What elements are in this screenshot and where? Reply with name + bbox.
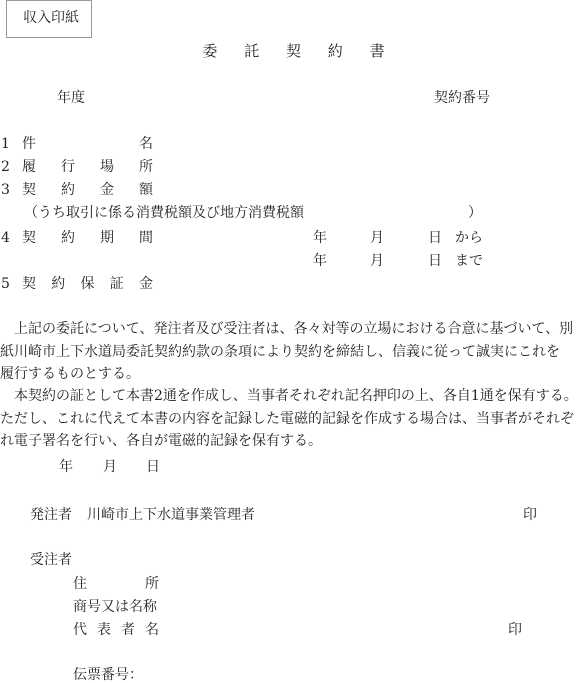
item-number: 1 bbox=[1, 137, 10, 151]
period-to-year: 年 bbox=[313, 254, 327, 268]
contract-number-label: 契約番号 bbox=[434, 91, 490, 105]
label-char: 表 bbox=[97, 623, 111, 637]
item-label-period: 契 約 期 間 bbox=[22, 231, 153, 245]
title-char: 書 bbox=[370, 44, 385, 59]
body-line: 上記の委託について、発注者及び受注者は、各々対等の立場における合意に基づいて、別 bbox=[0, 318, 587, 341]
tax-note: （うち取引に係る消費税額及び地方消費税額 bbox=[24, 206, 304, 220]
orderer-seal: 印 bbox=[523, 508, 537, 522]
item-label-subject: 件 名 bbox=[22, 137, 153, 151]
body-line: 紙川崎市上下水道局委託契約約款の条項により契約を締結し、信義に従って誠実にこれを bbox=[0, 341, 587, 364]
label-char: 保 bbox=[81, 277, 95, 291]
label-char: 約 bbox=[51, 277, 65, 291]
tax-note-close: ） bbox=[468, 206, 482, 220]
label-char: 所 bbox=[139, 160, 153, 174]
period-from-suffix: から bbox=[455, 231, 483, 245]
label-char: 約 bbox=[61, 231, 75, 245]
title-char: 約 bbox=[328, 44, 343, 59]
title-char: 託 bbox=[244, 44, 259, 59]
period-to-month: 月 bbox=[370, 254, 384, 268]
period-from-day: 日 bbox=[428, 231, 442, 245]
date-day: 日 bbox=[146, 460, 160, 474]
title-char: 契 bbox=[286, 44, 301, 59]
contractor-address-label: 住 所 bbox=[73, 577, 159, 591]
label-char: 所 bbox=[145, 577, 159, 591]
contractor-label: 受注者 bbox=[30, 553, 72, 567]
item-number: 5 bbox=[1, 277, 10, 291]
label-char: 代 bbox=[73, 623, 87, 637]
label-char: 期 bbox=[100, 231, 114, 245]
date-month: 月 bbox=[103, 460, 117, 474]
period-from-month: 月 bbox=[370, 231, 384, 245]
label-char: 金 bbox=[100, 183, 114, 197]
period-to-day: 日 bbox=[428, 254, 442, 268]
label-char: 証 bbox=[110, 277, 124, 291]
label-char: 場 bbox=[100, 160, 114, 174]
label-char: 金 bbox=[139, 277, 153, 291]
contractor-company-label: 商号又は名称 bbox=[73, 600, 157, 614]
label-char: 住 bbox=[73, 577, 87, 591]
item-number: 4 bbox=[1, 231, 10, 245]
label-char: 行 bbox=[61, 160, 75, 174]
label-char: 契 bbox=[22, 231, 36, 245]
body-line: れ電子署名を行い、各自が電磁的記録を保有する。 bbox=[0, 430, 587, 453]
contractor-representative-label: 代 表 者 名 bbox=[73, 623, 159, 637]
body-line: 履行するものとする。 bbox=[0, 363, 587, 386]
revenue-stamp-label: 収入印紙 bbox=[23, 7, 79, 27]
fiscal-year-label: 年度 bbox=[57, 91, 85, 105]
item-number: 2 bbox=[1, 160, 10, 174]
orderer-name: 川崎市上下水道事業管理者 bbox=[87, 508, 255, 522]
period-to-suffix: まで bbox=[455, 254, 483, 268]
label-char: 名 bbox=[139, 137, 153, 151]
body-paragraph-1: 上記の委託について、発注者及び受注者は、各々対等の立場における合意に基づいて、別… bbox=[0, 318, 587, 386]
item-label-amount: 契 約 金 額 bbox=[22, 183, 153, 197]
document-title: 委 託 契 約 書 bbox=[0, 44, 587, 59]
label-char: 件 bbox=[22, 137, 36, 151]
label-char: 契 bbox=[22, 183, 36, 197]
body-paragraph-2: 本契約の証として本書2通を作成し、当事者それぞれ記名押印の上、各自1通を保有する… bbox=[0, 385, 587, 453]
voucher-number-label: 伝票番号： bbox=[73, 668, 143, 682]
label-char: 額 bbox=[139, 183, 153, 197]
label-char: 者 bbox=[121, 623, 135, 637]
contractor-seal: 印 bbox=[508, 623, 522, 637]
item-label-guarantee: 契 約 保 証 金 bbox=[22, 277, 153, 291]
item-number: 3 bbox=[1, 183, 10, 197]
body-line: ただし、これに代えて本書の内容を記録した電磁的記録を作成する場合は、当事者がそれ… bbox=[0, 408, 587, 431]
date-year: 年 bbox=[59, 460, 73, 474]
item-label-location: 履 行 場 所 bbox=[22, 160, 153, 174]
period-from-year: 年 bbox=[313, 231, 327, 245]
label-char: 名 bbox=[145, 623, 159, 637]
orderer-label: 発注者 bbox=[30, 508, 72, 522]
revenue-stamp-box: 収入印紙 bbox=[6, 0, 92, 38]
label-char: 契 bbox=[22, 277, 36, 291]
title-char: 委 bbox=[202, 44, 217, 59]
body-line: 本契約の証として本書2通を作成し、当事者それぞれ記名押印の上、各自1通を保有する… bbox=[0, 385, 587, 408]
label-char: 約 bbox=[61, 183, 75, 197]
label-char: 間 bbox=[139, 231, 153, 245]
label-char: 履 bbox=[22, 160, 36, 174]
